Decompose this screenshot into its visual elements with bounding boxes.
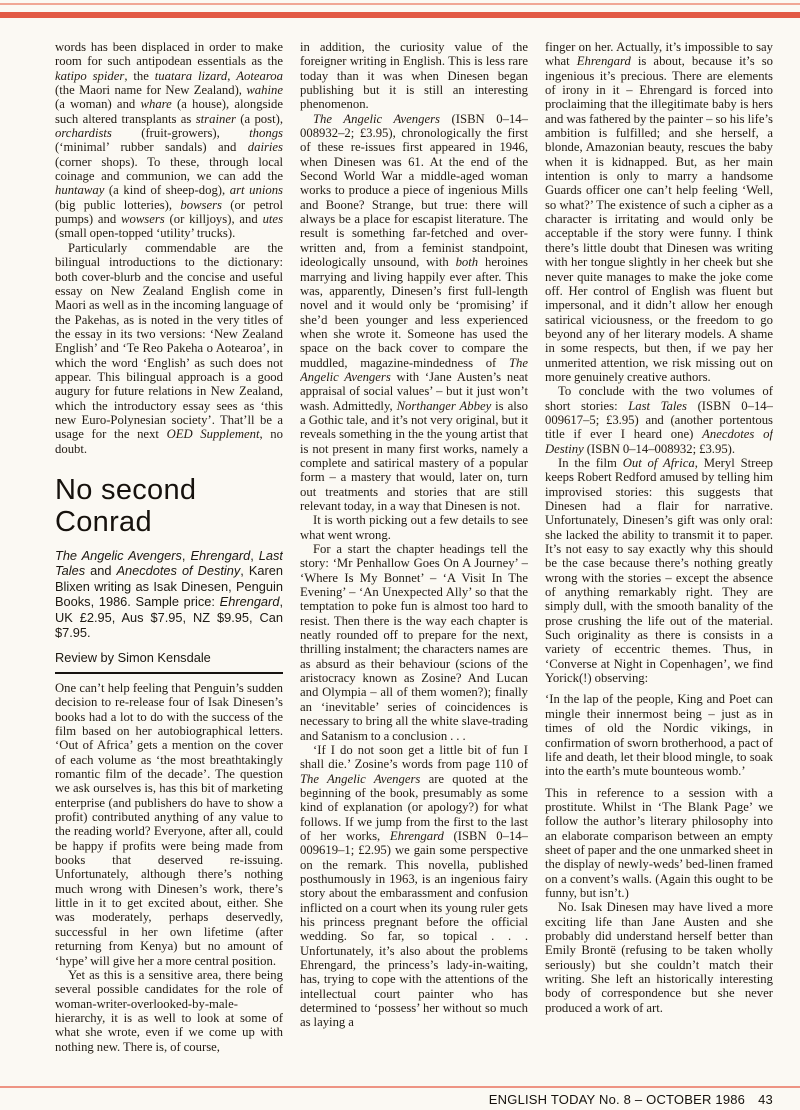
journal-issue-line: ENGLISH TODAY No. 8 – OCTOBER 1986: [489, 1092, 745, 1107]
page-number: 43: [758, 1092, 773, 1107]
body-paragraph: finger on her. Actually, it’s impossible…: [545, 40, 773, 384]
text-column-3: finger on her. Actually, it’s impossible…: [545, 40, 773, 1075]
body-paragraph: Yet as this is a sensitive area, there b…: [55, 968, 283, 1054]
body-paragraph: This in reference to a session with a pr…: [545, 786, 773, 901]
body-paragraph: in addition, the curiosity value of the …: [300, 40, 528, 112]
body-paragraph: Particularly commendable are the bilingu…: [55, 241, 283, 456]
magazine-page: { "meta": { "accent_thick": "#e25a45", "…: [0, 0, 800, 1110]
body-paragraph: One can’t help feeling that Penguin’s su…: [55, 681, 283, 968]
page-footer: ENGLISH TODAY No. 8 – OCTOBER 198643: [489, 1092, 773, 1107]
text-column-1: words has been displaced in order to mak…: [55, 40, 283, 1075]
body-paragraph: To conclude with the two volumes of shor…: [545, 384, 773, 456]
article-text-area: words has been displaced in order to mak…: [55, 40, 773, 1075]
body-paragraph: ‘If I do not soon get a little bit of fu…: [300, 743, 528, 1030]
body-paragraph: For a start the chapter headings tell th…: [300, 542, 528, 743]
body-paragraph: It is worth picking out a few details to…: [300, 513, 528, 542]
body-paragraph: The Angelic Avengers (ISBN 0–14–008932–2…: [300, 112, 528, 514]
book-citation: The Angelic Avengers, Ehrengard, Last Ta…: [55, 548, 283, 641]
review-byline: Review by Simon Kensdale: [55, 650, 283, 665]
bottom-accent-rule: [0, 1086, 800, 1088]
top-thick-accent-rule: [0, 12, 800, 18]
article-headline: No second Conrad: [55, 474, 283, 538]
body-paragraph: No. Isak Dinesen may have lived a more e…: [545, 900, 773, 1015]
body-paragraph: In the film Out of Africa, Meryl Streep …: [545, 456, 773, 686]
body-paragraph: words has been displaced in order to mak…: [55, 40, 283, 241]
section-divider-rule: [55, 672, 283, 674]
text-column-2: in addition, the curiosity value of the …: [300, 40, 528, 1075]
block-quote: ‘In the lap of the people, King and Poet…: [545, 692, 773, 778]
top-thin-accent-rule: [0, 3, 800, 5]
